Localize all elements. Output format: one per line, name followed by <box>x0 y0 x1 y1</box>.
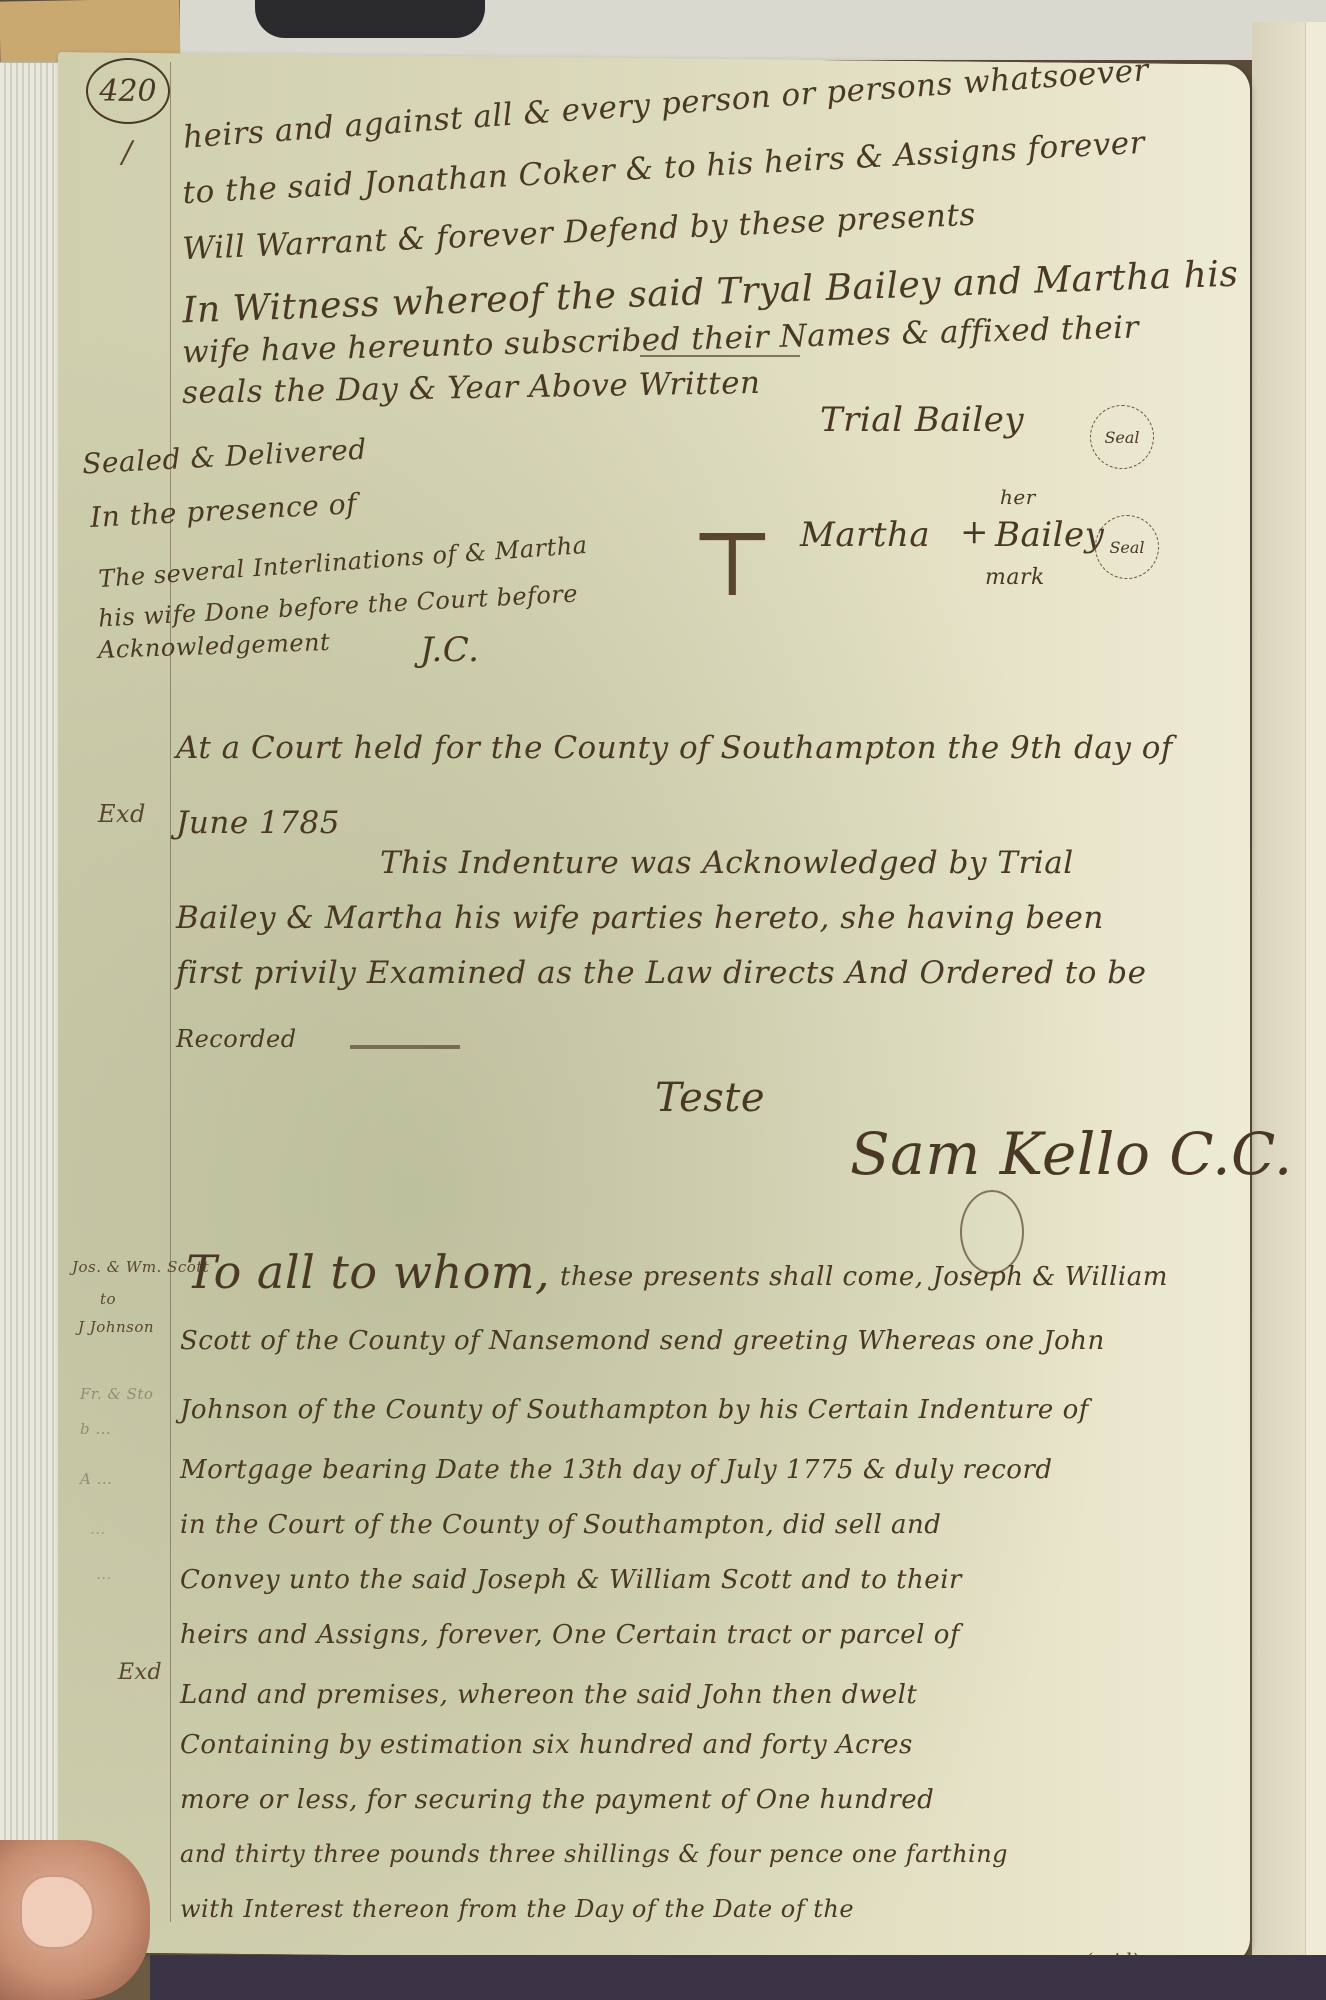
text-line: Land and premises, whereon the said John… <box>180 1680 917 1710</box>
thumbnail-nail <box>20 1875 94 1949</box>
table-surface <box>150 1955 1326 2000</box>
text-line: Containing by estimation six hundred and… <box>180 1730 913 1760</box>
signature-trial-bailey: Trial Bailey <box>820 400 1024 440</box>
signature-martha: Martha <box>800 515 930 555</box>
text-line: Scott of the County of Nansemond send gr… <box>180 1326 1105 1356</box>
text-line: Convey unto the said Joseph & William Sc… <box>180 1565 962 1595</box>
photo-scene: 420 / heirs and against all & every pers… <box>0 0 1326 2000</box>
signature-her: her <box>1000 485 1036 509</box>
margin-faded: ... <box>96 1565 112 1583</box>
text-line: Johnson of the County of Southampton by … <box>180 1395 1089 1425</box>
text-line: with Interest thereon from the Day of th… <box>180 1895 854 1923</box>
text-line: first privily Examined as the Law direct… <box>176 955 1146 991</box>
text-line: in the Court of the County of Southampto… <box>180 1510 941 1540</box>
margin-faded: b ... <box>80 1420 111 1438</box>
seal-2: Seal <box>1095 515 1159 579</box>
margin-johnson: J Johnson <box>78 1318 154 1336</box>
signature-mark-cross: + <box>960 512 989 552</box>
deed-heading: To all to whom, <box>186 1245 550 1299</box>
text-line: more or less, for securing the payment o… <box>180 1785 934 1815</box>
signature-bailey: Bailey <box>995 515 1104 555</box>
witness-initials: J.C. <box>420 630 479 670</box>
recorded: Recorded <box>176 1025 297 1053</box>
margin-faded: ... <box>90 1520 106 1538</box>
margin-exd: Exd <box>118 1660 162 1685</box>
text-line: these presents shall come, Joseph & Will… <box>560 1262 1168 1292</box>
text-line: This Indenture was Acknowledged by Trial <box>380 845 1074 881</box>
margin-mark: / <box>122 135 133 170</box>
facing-page-edge <box>1305 22 1326 1982</box>
margin-faded: Fr. & Sto <box>80 1385 153 1403</box>
text-line: Mortgage bearing Date the 13th day of Ju… <box>180 1455 1053 1485</box>
margin-faded: A ... <box>80 1470 112 1488</box>
page-number: 420 <box>86 58 170 124</box>
text-line: and thirty three pounds three shillings … <box>180 1840 1008 1868</box>
ink-rule <box>640 355 800 357</box>
text-line: Bailey & Martha his wife parties hereto,… <box>176 900 1104 936</box>
margin-rule <box>170 62 171 1922</box>
clerk-signature: Sam Kello C.C. <box>850 1120 1293 1188</box>
teste-label: Teste <box>655 1075 765 1121</box>
brace-flourish: ⊤ <box>690 520 775 610</box>
dark-object <box>255 0 485 38</box>
text-line: heirs and Assigns, forever, One Certain … <box>180 1620 960 1650</box>
ink-rule <box>350 1045 460 1049</box>
margin-to: to <box>100 1290 116 1308</box>
court-date: June 1785 <box>176 805 340 841</box>
margin-exd: Exd <box>98 800 146 828</box>
seal-1: Seal <box>1090 405 1154 469</box>
court-line: At a Court held for the County of Southa… <box>176 730 1173 766</box>
signature-mark-label: mark <box>985 565 1045 590</box>
